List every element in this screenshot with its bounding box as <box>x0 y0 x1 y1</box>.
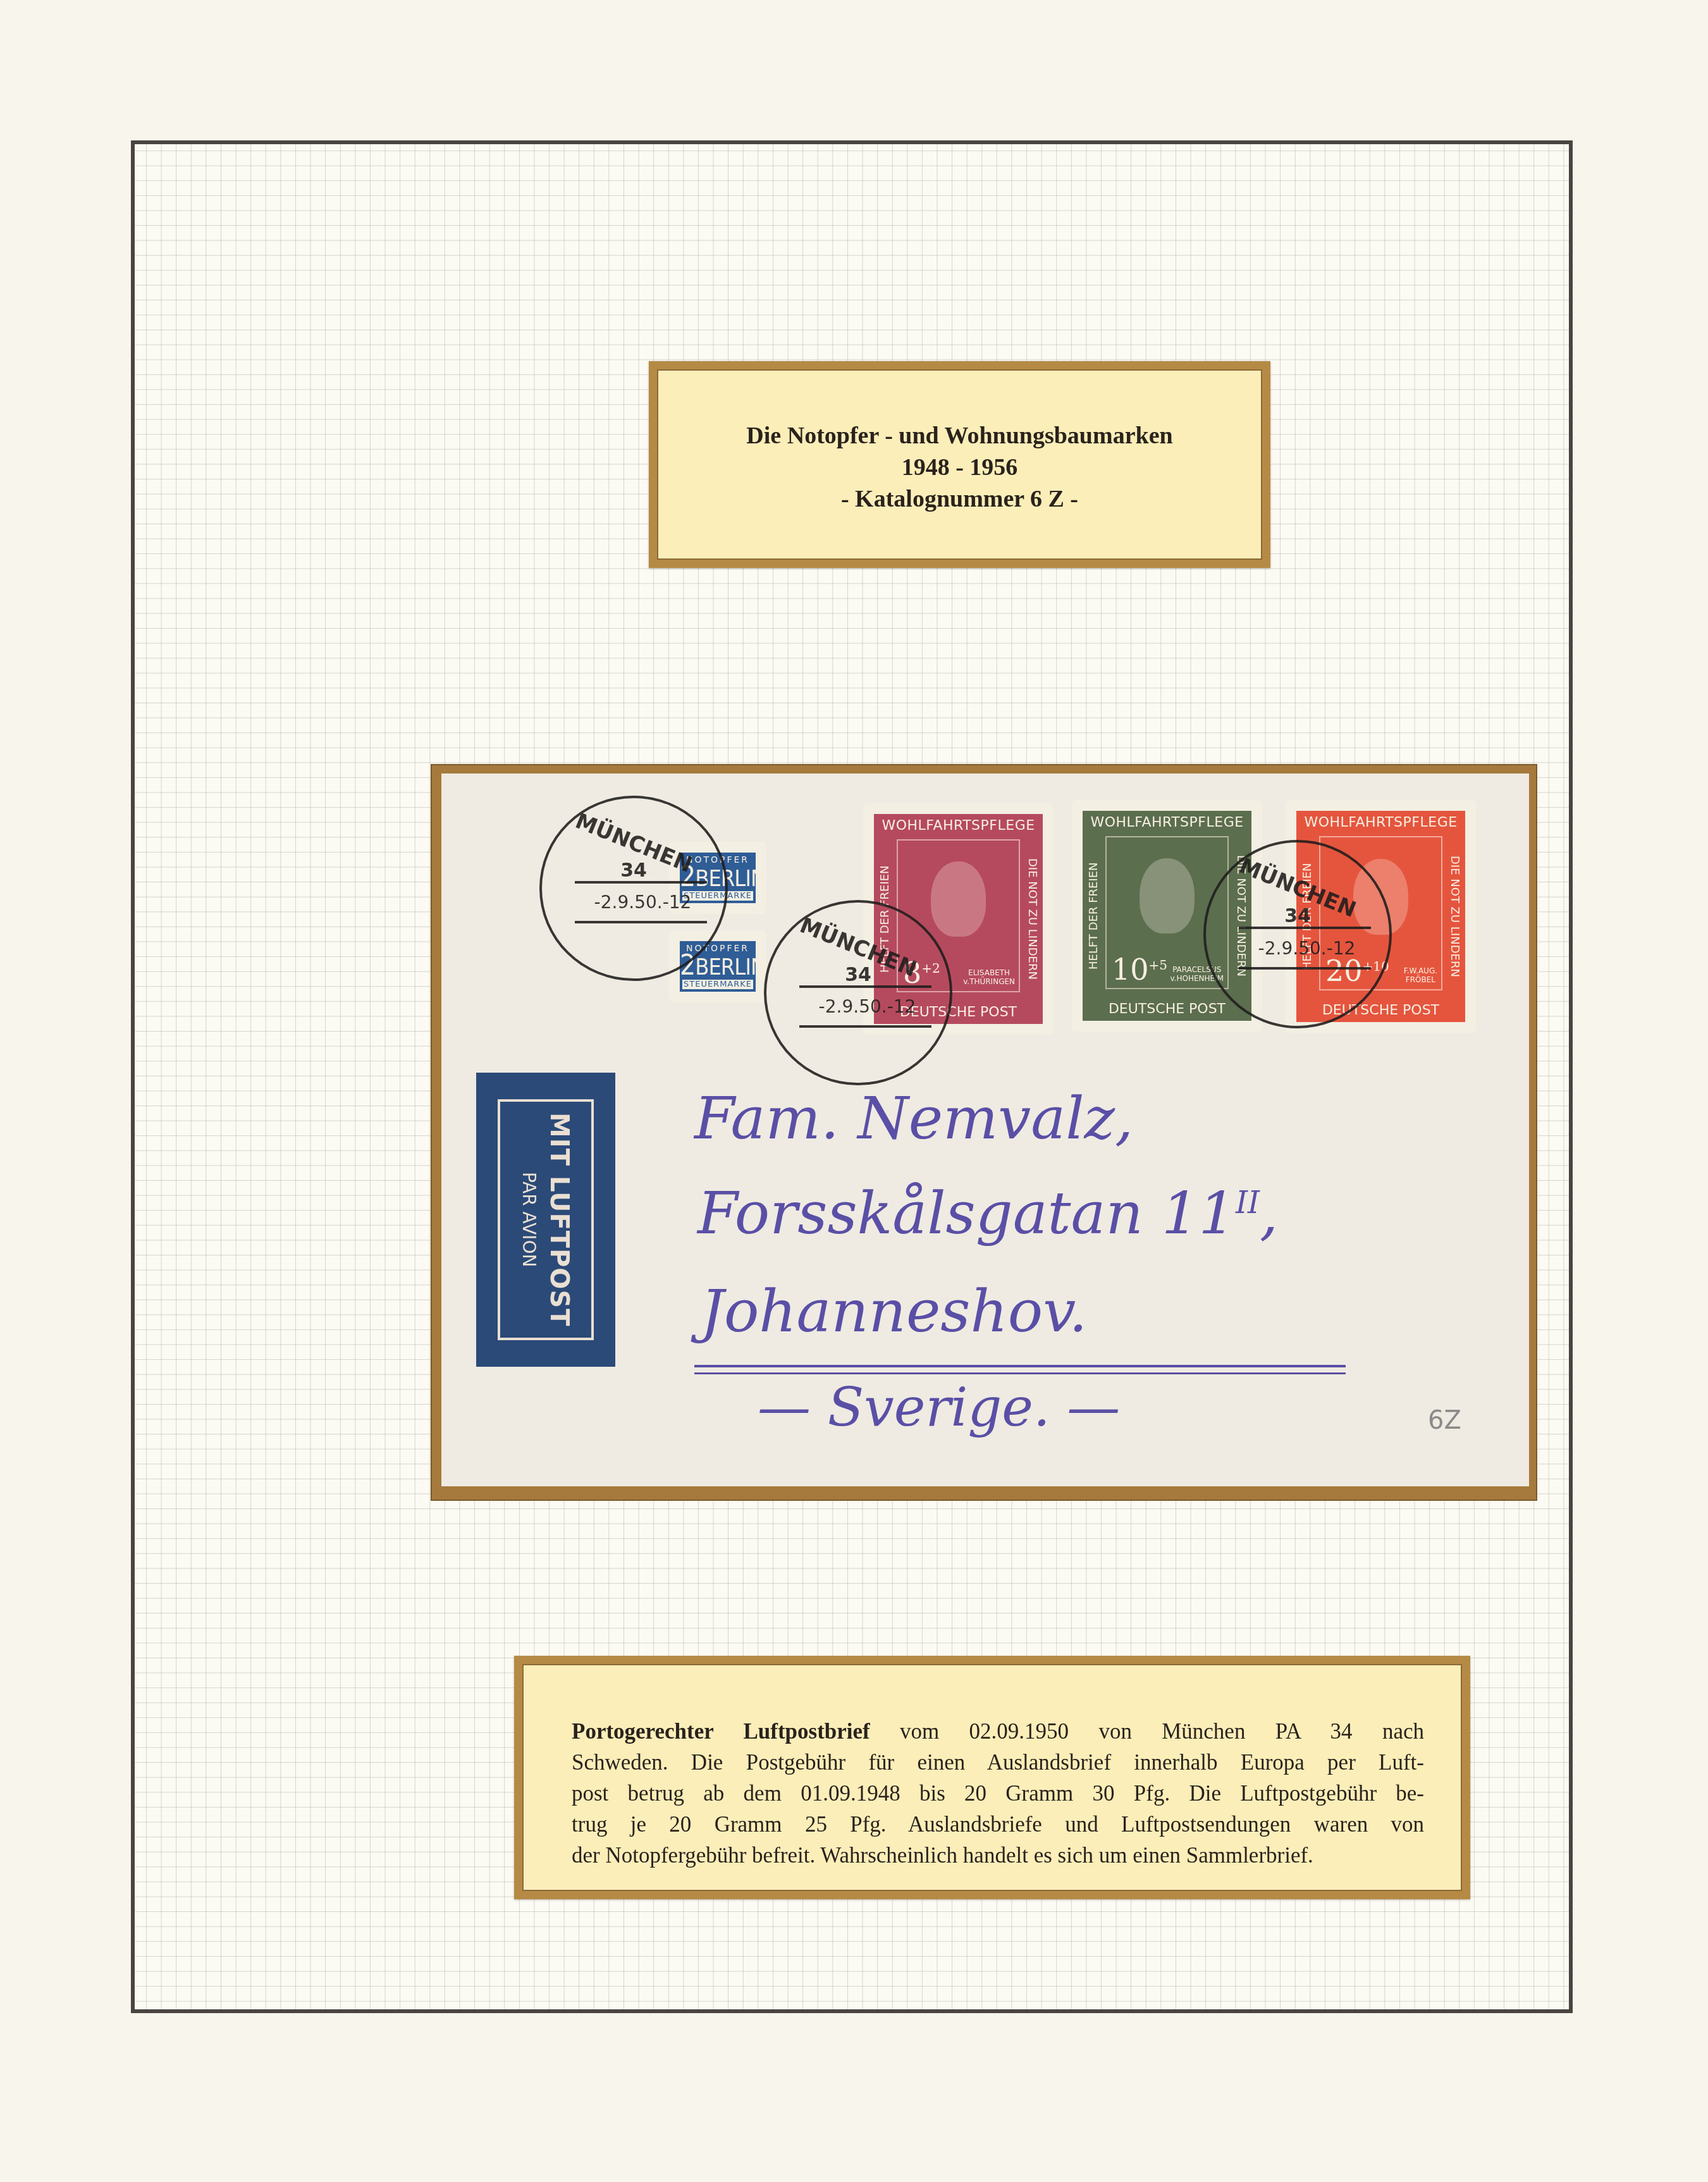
airmail-label-frame: MIT LUFTPOST PAR AVION <box>498 1099 594 1340</box>
description-label: Portogerechter Luftpostbrief vom 02.09.1… <box>514 1656 1470 1899</box>
postmark-munich: MÜNCHEN 34 -2.9.50.-12 <box>539 796 728 981</box>
portrait-face <box>931 861 986 937</box>
address-line-2: Forsskålsgatan 11II, <box>697 1185 1278 1243</box>
description-line: post betrug ab dem 01.09.1948 bis 20 Gra… <box>572 1778 1424 1809</box>
postmark-office: 34 <box>1206 905 1389 927</box>
postmark-date: -2.9.50.-12 <box>560 892 725 913</box>
description-line: Portogerechter Luftpostbrief vom 02.09.1… <box>572 1716 1424 1747</box>
postmark-munich: MÜNCHEN 34 -2.9.50.-12 <box>764 900 952 1085</box>
postmark-bar <box>799 1025 931 1028</box>
title-line-3: - Katalognummer 6 Z - <box>841 483 1078 515</box>
stamp-person-name: ELISABETH v.THÜRINGEN <box>963 968 1015 986</box>
stamp-person-name: F.W.AUG. FRÖBEL <box>1404 966 1437 984</box>
stamp-left-text: HELFT DER FREIEN <box>1085 836 1102 995</box>
address-line-3: Johanneshov. <box>701 1283 1087 1341</box>
stamp-top-text: WOHLFAHRTSPFLEGE <box>874 818 1043 834</box>
stamp-top-text: WOHLFAHRTSPFLEGE <box>1083 815 1251 830</box>
stamp-bottom-text: STEUERMARKE <box>682 980 753 989</box>
description-line: Schweden. Die Postgebühr für einen Ausla… <box>572 1747 1424 1778</box>
postmark-bar <box>799 985 931 988</box>
stamp-right-text: DIE NOT ZU LINDERN <box>1024 839 1040 999</box>
airmail-cover: NOTOPFER 2BERLIN STEUERMARKE NOTOPFER 2B… <box>441 774 1529 1486</box>
postmark-bar <box>1239 967 1371 970</box>
title-line-1: Die Notopfer - und Wohnungsbaumarken <box>746 420 1172 452</box>
cover-mount: NOTOPFER 2BERLIN STEUERMARKE NOTOPFER 2B… <box>431 764 1537 1501</box>
portrait-face <box>1140 858 1195 934</box>
postmark-date: -2.9.50.-12 <box>1224 938 1389 959</box>
postmark-office: 34 <box>766 964 950 986</box>
postmark-office: 34 <box>542 860 725 882</box>
pencil-catalog-note: 6Z <box>1428 1406 1461 1435</box>
title-label: Die Notopfer - und Wohnungsbaumarken 194… <box>649 361 1270 568</box>
description-line: der Notopfergebühr befreit. Wahrscheinli… <box>572 1840 1424 1871</box>
stamp-top-text: WOHLFAHRTSPFLEGE <box>1296 815 1465 830</box>
airmail-main-text: MIT LUFTPOST <box>544 1113 574 1326</box>
airmail-sub-text: PAR AVION <box>519 1172 539 1267</box>
title-line-2: 1948 - 1956 <box>902 452 1018 483</box>
address-line-1: Fam. Nemvalz, <box>694 1090 1133 1148</box>
postmark-date: -2.9.50.-12 <box>785 996 950 1017</box>
description-lead: Portogerechter Luftpostbrief <box>572 1719 870 1744</box>
description-line: trug je 20 Gramm 25 Pfg. Auslandsbriefe … <box>572 1809 1424 1840</box>
address-country: — Sverige. — <box>758 1381 1120 1434</box>
postmark-bar <box>575 921 707 923</box>
postmark-bar <box>575 881 707 884</box>
album-page: Die Notopfer - und Wohnungsbaumarken 194… <box>131 140 1573 2013</box>
stamp-right-text: DIE NOT ZU LINDERN <box>1446 836 1463 997</box>
stamp-value: 10+5 <box>1112 955 1167 984</box>
airmail-label: MIT LUFTPOST PAR AVION <box>476 1073 615 1367</box>
stamp-bottom-text: DEUTSCHE POST <box>1083 1001 1251 1017</box>
postmark-bar <box>1239 927 1371 929</box>
postmark-munich: MÜNCHEN 34 -2.9.50.-12 <box>1203 840 1392 1028</box>
address-underline <box>694 1365 1346 1374</box>
